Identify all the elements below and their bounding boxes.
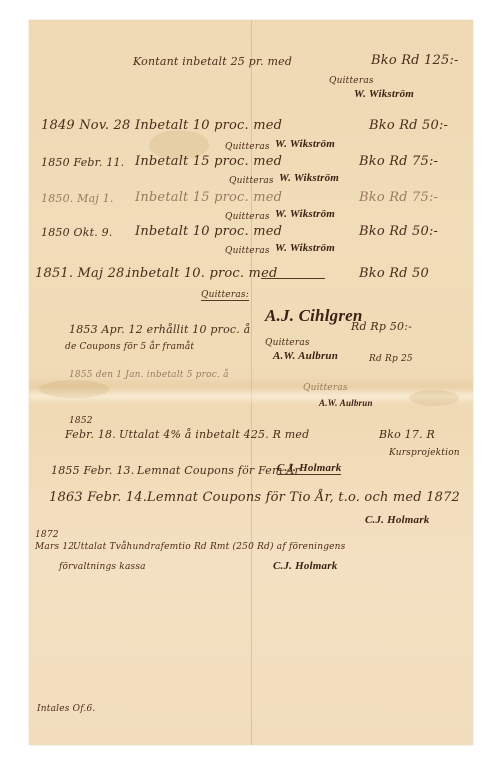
entry-date: 1850 Febr. 11.	[41, 156, 124, 169]
entry-signature: W. Wikström	[275, 242, 335, 254]
note-1853-line1: 1853 Apr. 12 erhållit 10 proc. å	[69, 323, 250, 336]
note-1855-receipt-label: Quitteras	[303, 383, 348, 393]
note-1855-signature: A.W. Aulbrun	[319, 398, 373, 408]
ruled-line	[261, 278, 325, 279]
header-text: Kontant inbetalt 25 pr. med	[133, 55, 292, 68]
entry-amount: Bko Rd 75:-	[359, 154, 438, 169]
paper-stain	[409, 390, 459, 406]
entry-date: Mars 12	[35, 542, 74, 552]
header-signature: W. Wikström	[354, 88, 414, 100]
document-paper: Kontant inbetalt 25 pr. med Bko Rd 125:-…	[29, 20, 473, 745]
entry-date: 1849 Nov. 28	[41, 118, 130, 133]
entry-signature: C.J. Holmark	[273, 560, 337, 572]
entry-signature: C.J. Holmark	[277, 462, 341, 475]
header-receipt-label: Quitteras	[329, 76, 374, 86]
entry-signature: W. Wikström	[275, 138, 335, 150]
entry-text: inbetalt 10. proc. med	[127, 266, 278, 281]
entry-date: 1850. Maj 1.	[41, 192, 114, 205]
entry-year: 1852	[69, 416, 93, 426]
entry-receipt-label: Quitteras	[225, 246, 270, 256]
entry-amount: Bko Rd 50:-	[359, 224, 438, 239]
note-1853-amount-b: Rd Rp 25	[369, 354, 413, 364]
header-amount: Bko Rd 125:-	[371, 53, 459, 68]
entry-date: 1855 Febr. 13.	[51, 464, 134, 477]
entry-amount: Bko Rd 50	[359, 266, 429, 281]
entry-receipt-label: Quitteras	[229, 176, 274, 186]
entry-date: 1851. Maj 28.	[35, 266, 129, 281]
entry-text: Lemnat Coupons för Fem År	[137, 464, 300, 477]
entry-text-line2: förvaltnings kassa	[59, 562, 146, 572]
entry-text: Inbetalt 15 proc. med	[135, 190, 282, 205]
entry-amount: Bko Rd 75:-	[359, 190, 438, 205]
entry-year: 1872	[35, 530, 59, 540]
entry-date: 1863 Febr. 14.	[49, 490, 147, 505]
entry-text: Uttalat 4% å inbetalt 425. R med	[119, 428, 309, 441]
entry-signature: C.J. Holmark	[365, 514, 429, 526]
entry-receipt-label: Quitteras	[225, 212, 270, 222]
entry-signature: W. Wikström	[279, 172, 339, 184]
entry-amount: Bko Rd 50:-	[369, 118, 448, 133]
footer-note: Intales Of.6.	[37, 704, 95, 714]
entry-amount: Bko 17. R	[379, 428, 435, 441]
entry-signature: A.J. Cihlgren	[265, 306, 363, 326]
note-1853-line2: de Coupons för 5 år framåt	[65, 342, 194, 352]
entry-receipt-label: Quitteras	[225, 142, 270, 152]
entry-receipt-label: Quitteras:	[201, 290, 249, 301]
note-1853-amount: Rd Rp 50:-	[351, 320, 412, 333]
entry-text: Inbetalt 10 proc. med	[135, 224, 282, 239]
note-1855-line: 1855 den 1 Jan. inbetalt 5 proc. å	[69, 370, 229, 380]
entry-text: Lemnat Coupons för Tio År, t.o. och med …	[147, 490, 460, 505]
entry-note: Kursprojektion	[389, 448, 460, 458]
note-1853-receipt-label: Quitteras	[265, 338, 310, 348]
entry-text: Uttalat Tvåhundrafemtio Rd Rmt (250 Rd) …	[73, 542, 346, 552]
entry-date: Febr. 18.	[65, 428, 116, 441]
entry-date: 1850 Okt. 9.	[41, 226, 112, 239]
entry-text: Inbetalt 15 proc. med	[135, 154, 282, 169]
entry-signature: W. Wikström	[275, 208, 335, 220]
entry-text: Inbetalt 10 proc. med	[135, 118, 282, 133]
note-1853-signature: A.W. Aulbrun	[273, 350, 338, 362]
paper-stain	[39, 380, 109, 398]
